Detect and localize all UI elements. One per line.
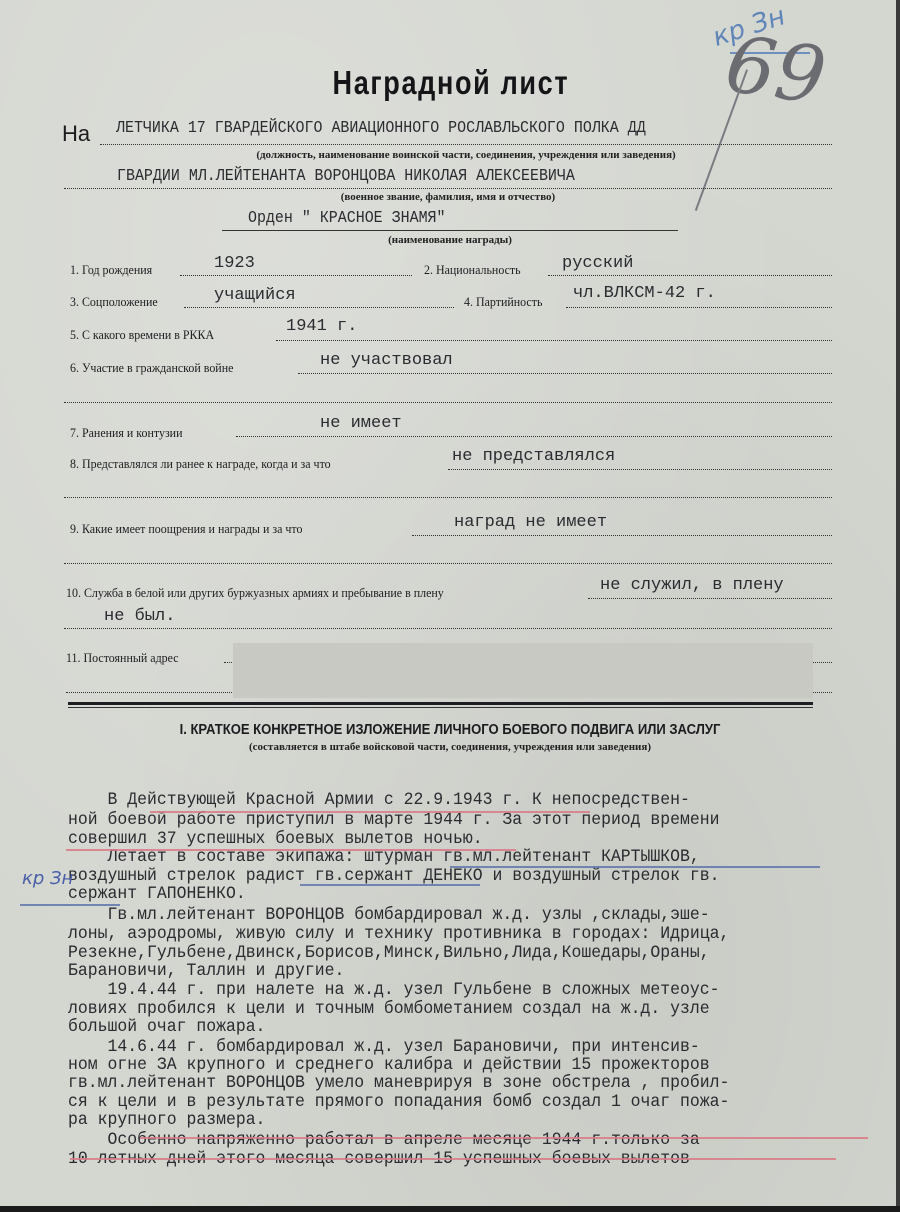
field-1-line <box>180 275 412 276</box>
field-1-value: 1923 <box>214 254 255 273</box>
narrative-line: сержант ГАПОНЕНКО. <box>68 884 246 904</box>
redacted-address <box>233 643 813 698</box>
red-underline <box>66 849 516 851</box>
award-caption: (наименование награды) <box>222 234 678 246</box>
red-underline <box>140 1137 868 1139</box>
field-8-label: 8. Представлялся ли ранее к награде, ког… <box>70 456 331 472</box>
field-10-line-2 <box>64 628 832 629</box>
field-3-line <box>184 307 454 308</box>
field-11-label: 11. Постоянный адрес <box>66 650 179 666</box>
field-10-line <box>588 598 832 599</box>
field-8-line-2 <box>64 497 832 498</box>
field-9-line <box>412 535 832 536</box>
field-2-value: русский <box>562 254 633 273</box>
field-3-value: учащийся <box>214 286 296 305</box>
field-6-line-2 <box>64 402 832 403</box>
narrative-line: ра крупного размера. <box>68 1110 265 1130</box>
field-5-value: 1941 г. <box>286 317 357 336</box>
narrative-line: воздушный стрелок радист гв.сержант ДЕНЕ… <box>68 866 720 886</box>
red-underline <box>70 1158 836 1160</box>
position-value: ЛЕТЧИКА 17 ГВАРДЕЙСКОГО АВИАЦИОННОГО РОС… <box>116 119 646 138</box>
blue-underline <box>300 884 480 886</box>
narrative-line: лоны, аэродромы, живую силу и технику пр… <box>68 924 729 944</box>
name-value: ГВАРДИИ МЛ.ЛЕЙТЕНАНТА ВОРОНЦОВА НИКОЛАЯ … <box>117 167 575 186</box>
field-4-value: чл.ВЛКСМ-42 г. <box>573 284 716 303</box>
document-title: Наградной лист <box>82 64 820 102</box>
narrative-line: 19.4.44 г. при налете на ж.д. узел Гульб… <box>68 980 720 1000</box>
field-9-label: 9. Какие имеет поощрения и награды и за … <box>70 521 302 537</box>
scan-edge-right <box>896 0 900 1212</box>
handwritten-margin-annotation: кр Зн <box>22 868 73 889</box>
field-10-value-cont: не был. <box>104 607 175 626</box>
position-caption: (должность, наименование воинской части,… <box>100 149 832 161</box>
blue-underline <box>20 904 120 906</box>
narrative-line: ной боевой работе приступил в марте 1944… <box>68 810 720 830</box>
narrative-line: гв.мл.лейтенант ВОРОНЦОВ умело маневриру… <box>68 1073 729 1093</box>
narrative-line: Барановичи, Таллин и другие. <box>68 961 344 981</box>
field-3-label: 3. Соцположение <box>70 294 158 310</box>
field-7-value: не имеет <box>320 414 402 433</box>
field-8-value: не представлялся <box>452 447 615 466</box>
field-5-line <box>276 340 832 341</box>
section-heading: I. КРАТКОЕ КОНКРЕТНОЕ ИЗЛОЖЕНИЕ ЛИЧНОГО … <box>45 722 855 738</box>
position-line <box>100 144 832 145</box>
narrative-line: ся к цели и в результате прямого попадан… <box>68 1092 729 1112</box>
narrative-line: Особенно напряженно работал в апреле мес… <box>68 1130 700 1150</box>
field-2-line <box>548 275 832 276</box>
field-4-label: 4. Партийность <box>464 294 542 310</box>
award-sheet: кр Зн 69 Наградной лист На ЛЕТЧИКА 17 ГВ… <box>0 0 896 1206</box>
field-5-label: 5. С какого времени в РККА <box>70 327 214 343</box>
field-7-line <box>236 436 832 437</box>
field-6-line <box>298 373 832 374</box>
field-9-value: наград не имеет <box>454 513 607 532</box>
field-8-line <box>448 469 832 470</box>
narrative-line: совершил 37 успешных боевых вылетов ночь… <box>68 829 483 849</box>
na-prefix: На <box>62 121 90 147</box>
field-6-label: 6. Участие в гражданской войне <box>70 360 233 376</box>
award-value: Орден " КРАСНОЕ ЗНАМЯ" <box>248 209 446 228</box>
narrative-line: большой очаг пожара. <box>68 1017 265 1037</box>
field-10-value: не служил, в плену <box>600 576 784 595</box>
field-7-label: 7. Ранения и контузии <box>70 425 182 441</box>
narrative-line: ном огне ЗА крупного и среднего калибра … <box>68 1055 710 1075</box>
narrative-line: В Действующей Красной Армии с 22.9.1943 … <box>68 790 690 810</box>
narrative-line: Резекне,Гульбене,Двинск,Борисов,Минск,Ви… <box>68 943 710 963</box>
field-4-line <box>566 307 832 308</box>
name-caption: (военное звание, фамилия, имя и отчество… <box>64 191 832 203</box>
name-line <box>64 188 832 189</box>
blue-underline <box>450 866 820 868</box>
narrative-line: 14.6.44 г. бомбардировал ж.д. узел Баран… <box>68 1037 700 1057</box>
red-underline <box>150 811 590 813</box>
section-divider-thin <box>68 707 813 708</box>
narrative-line: Гв.мл.лейтенант ВОРОНЦОВ бомбардировал ж… <box>68 905 710 925</box>
section-subheading: (составляется в штабе войсковой части, с… <box>0 741 900 753</box>
scan-edge-bottom <box>0 1206 900 1212</box>
narrative-line: ловиях пробился к цели и точным бомбомет… <box>68 999 710 1019</box>
award-line <box>222 230 678 231</box>
field-10-label: 10. Служба в белой или других буржуазных… <box>66 585 444 601</box>
field-1-label: 1. Год рождения <box>70 262 152 278</box>
field-2-label: 2. Национальность <box>424 262 521 278</box>
field-9-line-2 <box>64 563 832 564</box>
section-divider <box>68 702 813 705</box>
field-6-value: не участвовал <box>320 351 453 370</box>
